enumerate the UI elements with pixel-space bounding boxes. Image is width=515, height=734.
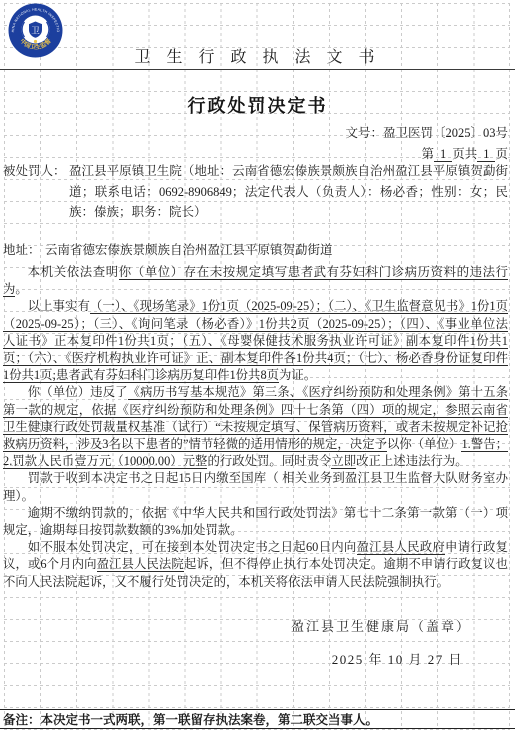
footer-note-row: 备注：本决定书一式两联，第一联留存执法案卷，第二联交当事人。 xyxy=(0,709,515,729)
field-address-label: 地址： xyxy=(3,240,41,261)
body-paragraph: 逾期不缴纳罚款的，依据《中华人民共和国行政处罚法》第七十二条第一款第（一）项规定… xyxy=(3,505,508,539)
template-text: 如不服本处罚决定，可在接到本处罚决定书之日起60日内向 xyxy=(28,540,357,554)
template-text: 改正上述违法行为。 xyxy=(356,454,468,468)
document-title: 行政处罚决定书 xyxy=(0,92,515,118)
template-text: 的行政处罚。同时责令 xyxy=(207,454,331,468)
penalty-decision-document: 卫 CHINA NATIONAL HEALTH INSPECTION 中国卫生监… xyxy=(0,0,515,734)
issuing-authority-signature: 盈江县卫生健康局（盖章） xyxy=(291,616,471,635)
pagination-mid: 页共 xyxy=(452,147,477,161)
body-paragraph: 罚款于收到本决定书之日起15日内缴至国库（ 相关业务到盈江县卫生监督大队财务室办… xyxy=(3,470,508,504)
body-paragraph: 你（单位）违反了《病历书写基本规范》第三条、《医疗纠纷预防和处理条例》第十五条第… xyxy=(3,384,508,470)
filled-in-text: 盈江县人民法院 xyxy=(97,557,184,572)
page-total: 1 xyxy=(477,147,495,162)
pagination-suffix: 页 xyxy=(495,147,508,161)
document-number: 文号：盈卫医罚〔2025〕03号 xyxy=(345,123,508,141)
pagination: 第1页共1页 xyxy=(421,144,508,162)
footer-note: 备注：本决定书一式两联，第一联留存执法案卷，第二联交当事人。 xyxy=(0,710,378,728)
template-text: 为证。 xyxy=(279,368,316,382)
body-paragraph: 以上事实有（一）、《现场笔录》1份1页（2025-09-25）；（二）、《卫生监… xyxy=(3,298,508,384)
field-address-value: 云南省德宏傣族景颇族自治州盈江县平原镇贺勐街道 xyxy=(45,240,508,261)
template-text: 本机关依法查明 xyxy=(28,265,119,279)
body-paragraph: 本机关依法查明你（单位）存在未按规定填写患者武有芬妇科门诊病历资料的违法行为。 xyxy=(3,264,508,298)
template-text: 以上事实有 xyxy=(28,299,90,313)
template-text: 。 xyxy=(15,282,27,296)
field-punished-party: 被处罚人： 盈江县平原镇卫生院（地址：云南省德宏傣族景颇族自治州盈江县平原镇贺勐… xyxy=(3,161,508,223)
field-punished-party-value: 盈江县平原镇卫生院（地址：云南省德宏傣族景颇族自治州盈江县平原镇贺勐街道；联系电… xyxy=(69,161,508,223)
page-number: 1 xyxy=(434,147,452,162)
body-paragraph: 如不服本处罚决定，可在接到本处罚决定书之日起60日内向盈江县人民政府申请行政复议… xyxy=(3,539,508,591)
field-punished-party-label: 被处罚人： xyxy=(3,161,66,182)
filled-in-text: 立即 xyxy=(331,454,356,469)
template-text: 你（单位）违反了 xyxy=(28,385,128,399)
header-divider xyxy=(0,69,515,70)
field-address: 地址： 云南省德宏傣族景颇族自治州盈江县平原镇贺勐街道 xyxy=(3,240,508,261)
form-series-title: 卫 生 行 政 执 法 文 书 xyxy=(0,44,515,67)
pagination-prefix: 第 xyxy=(421,147,434,161)
decision-date: 2025 年 10 月 27 日 xyxy=(332,649,463,668)
template-text: 逾期不缴纳罚款的，依据《中华人民共和国行政处罚法》第七十二条第一款第（一）项规定… xyxy=(3,506,508,537)
emblem-center-glyph: 卫 xyxy=(31,26,40,36)
document-body: 本机关依法查明你（单位）存在未按规定填写患者武有芬妇科门诊病历资料的违法行为。以… xyxy=(3,264,508,591)
template-text: 罚款于收到本决定书之日起15日内缴至国库（ 相关业务到盈江县卫生监督大队财务室办… xyxy=(3,471,508,502)
template-text: 以你（单位） xyxy=(387,437,461,451)
filled-in-text: 盈江县人民政府 xyxy=(357,540,446,555)
